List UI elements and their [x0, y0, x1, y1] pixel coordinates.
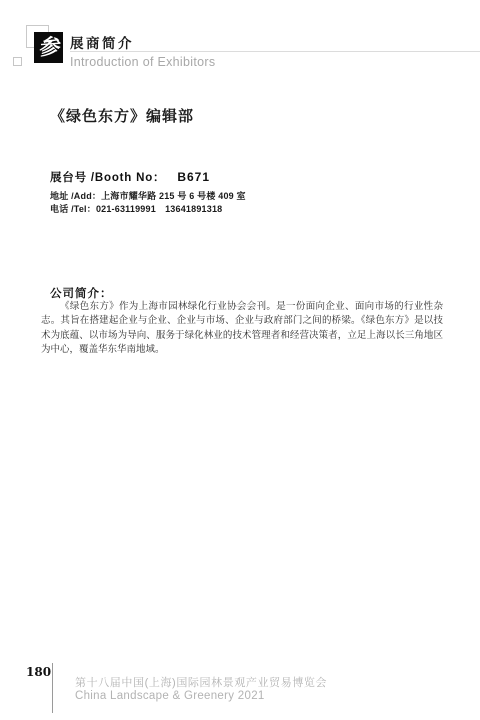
footer-divider [52, 663, 53, 713]
section-title-en: Introduction of Exhibitors [70, 55, 215, 69]
footer-event-title-en: China Landscape & Greenery 2021 [75, 690, 265, 702]
catalog-page: 参 展商简介 Introduction of Exhibitors 《绿色东方》… [0, 0, 480, 720]
footer-event-title-cn: 第十八届中国(上海)国际园林景观产业贸易博览会 [75, 674, 327, 690]
header-divider [70, 51, 480, 52]
booth-label: 展台号 /Booth No： [50, 172, 165, 184]
address-line: 地址 /Add：上海市耀华路 215 号 6 号楼 409 室 [50, 189, 246, 202]
exhibitor-name: 《绿色东方》编辑部 [50, 105, 194, 126]
address-value: 上海市耀华路 215 号 6 号楼 409 室 [101, 191, 246, 201]
profile-heading: 公司简介： [50, 285, 113, 301]
address-label: 地址 /Add： [50, 191, 101, 201]
decor-outline-square-small [13, 57, 22, 66]
chapter-number-badge: 参 [34, 32, 63, 63]
phone-value: 021-63119991 13641891318 [96, 204, 222, 214]
phone-label: 电话 /Tel： [50, 204, 96, 214]
booth-value: B671 [177, 170, 210, 184]
phone-line: 电话 /Tel：021-63119991 13641891318 [50, 202, 222, 215]
chapter-glyph: 参 [37, 35, 59, 57]
page-number: 180 [26, 665, 51, 679]
booth-number-line: 展台号 /Booth No：B671 [50, 169, 210, 185]
section-title-cn: 展商简介 [70, 32, 134, 52]
profile-paragraph: 《绿色东方》作为上海市园林绿化行业协会会刊。是一份面向企业、面向市场的行业性杂志… [41, 300, 443, 358]
